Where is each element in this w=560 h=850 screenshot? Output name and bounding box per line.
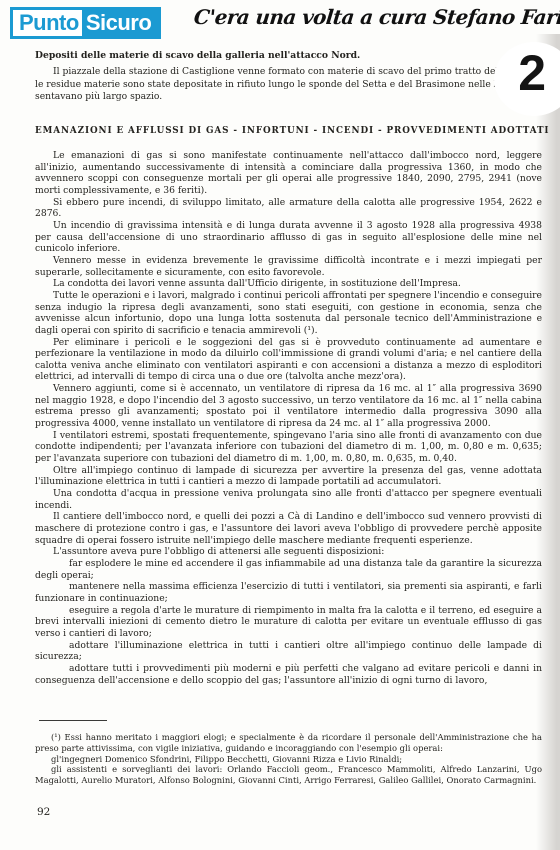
paragraph: Le emanazioni di gas si sono manifestate…	[35, 150, 542, 197]
paragraph: eseguire a regola d'arte le murature di …	[35, 605, 542, 640]
paragraph: Oltre all'impiego continuo di lampade di…	[35, 465, 542, 488]
section-heading: EMANAZIONI E AFFLUSSI DI GAS - INFORTUNI…	[35, 125, 542, 138]
paragraph: Si ebbero pure incendi, di sviluppo limi…	[35, 197, 542, 220]
intro-line: le residue materie sono state depositate…	[35, 79, 542, 92]
paragraph: Un incendio di gravissima intensità e di…	[35, 220, 542, 255]
footnote: (¹) Essi hanno meritato i maggiori elogi…	[35, 732, 542, 786]
paragraph: far esplodere le mine ed accendere il ga…	[35, 558, 542, 581]
paragraph: mantenere nella massima efficienza l'ese…	[35, 581, 542, 604]
puntosicuro-logo[interactable]: Punto Sicuro	[10, 7, 161, 39]
page-number: 92	[37, 806, 50, 818]
footnote-paragraph: gli assistenti e sorveglianti dei lavori…	[35, 764, 542, 786]
paragraph: Vennero messe in evidenza brevemente le …	[35, 255, 542, 278]
footnote-section: (¹) Essi hanno meritato i maggiori elogi…	[35, 720, 542, 786]
scanned-document-page: Punto Sicuro C'era una volta a cura Stef…	[0, 0, 560, 850]
logo-text-sicuro: Sicuro	[82, 10, 158, 36]
footnote-paragraph: (¹) Essi hanno meritato i maggiori elogi…	[35, 732, 542, 754]
paragraph: Vennero aggiunti, come si è accennato, u…	[35, 383, 542, 430]
figure-caption: Depositi delle materie di scavo della ga…	[35, 50, 542, 63]
paragraph: Per eliminare i pericoli e le soggezioni…	[35, 337, 542, 384]
intro-section: Depositi delle materie di scavo della ga…	[35, 50, 542, 138]
footnote-divider	[39, 720, 107, 721]
footnote-paragraph: gl'ingegneri Domenico Sfondrini, Filippo…	[35, 754, 542, 765]
paragraph: Tutte le operazioni e i lavori, malgrado…	[35, 290, 542, 337]
intro-line: sentavano più largo spazio.	[35, 91, 542, 104]
corner-page-number: 2	[518, 48, 546, 98]
intro-line: Il piazzale della stazione di Castiglion…	[35, 66, 542, 79]
paragraph: Una condotta d'acqua in pressione veniva…	[35, 488, 542, 511]
paragraph: L'assuntore aveva pure l'obbligo di atte…	[35, 546, 542, 558]
body-paragraphs: Le emanazioni di gas si sono manifestate…	[35, 150, 542, 722]
intro-paragraph: Il piazzale della stazione di Castiglion…	[35, 66, 542, 104]
paragraph: Il cantiere dell'imbocco nord, e quelli …	[35, 511, 542, 546]
paragraph: I ventilatori estremi, spostati frequent…	[35, 430, 542, 465]
paragraph: adottare l'illuminazione elettrica in tu…	[35, 640, 542, 663]
paragraph: La condotta dei lavori venne assunta dal…	[35, 278, 542, 290]
logo-text-punto: Punto	[13, 10, 82, 36]
paragraph: adottare tutti i provvedimenti più moder…	[35, 663, 542, 686]
column-title-script: C'era una volta a cura Stefano Farina	[193, 5, 560, 29]
